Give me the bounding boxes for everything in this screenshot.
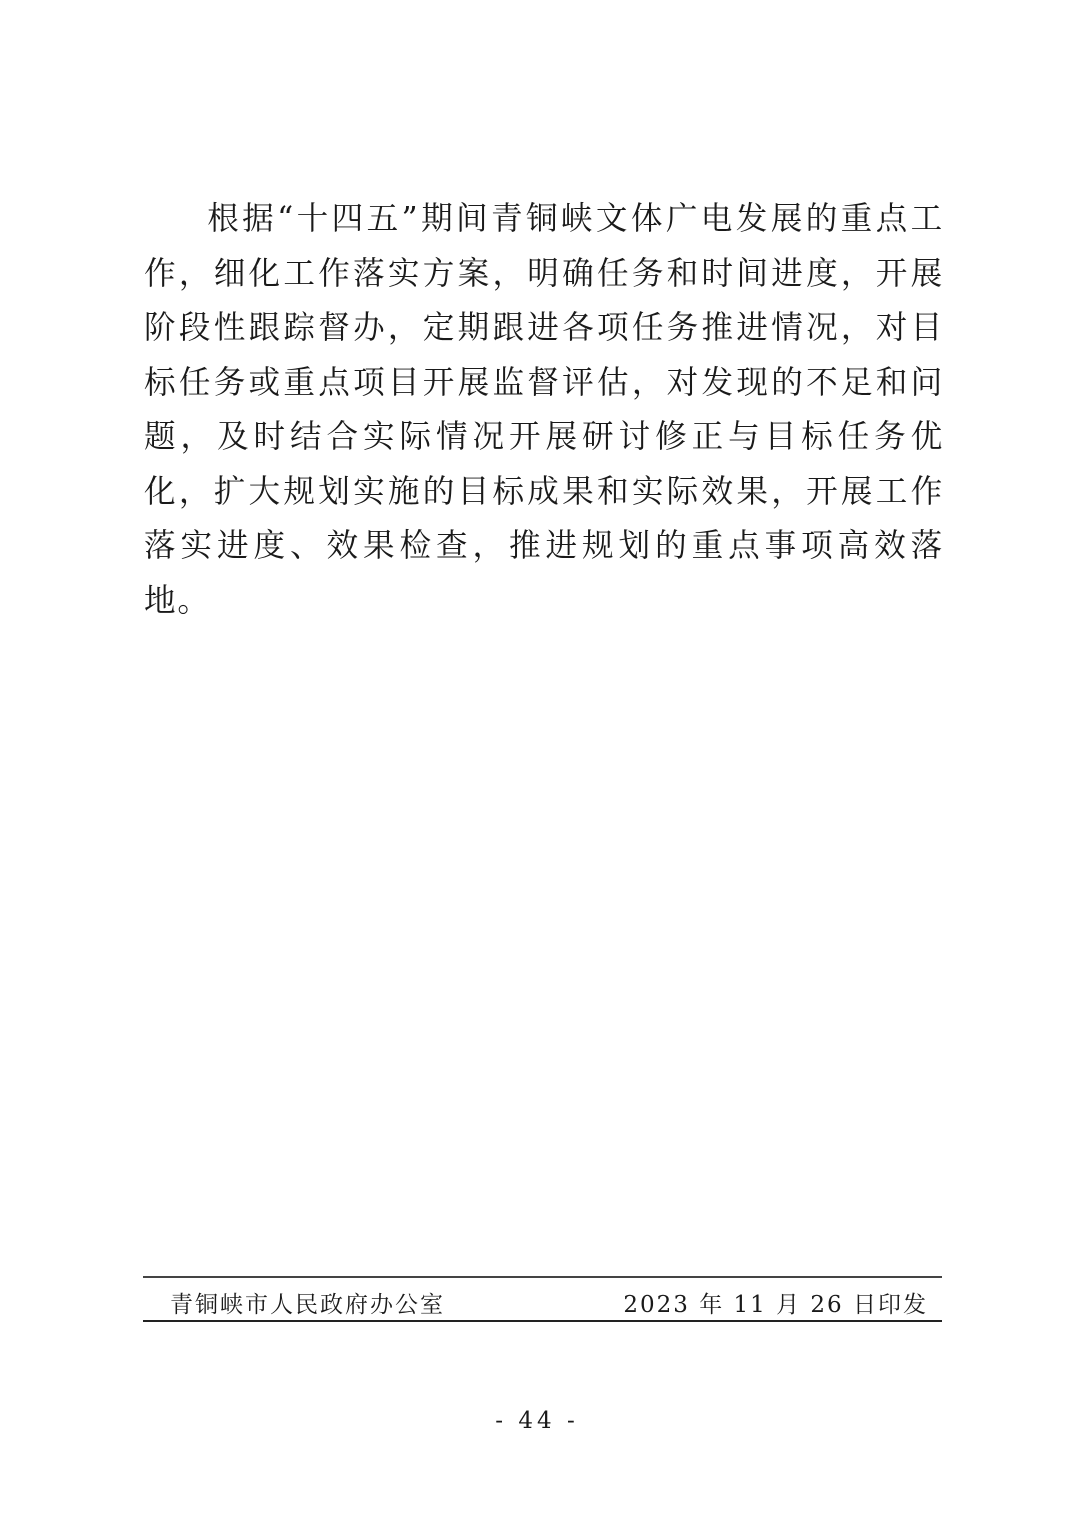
imprint-block: 青铜峡市人民政府办公室 2023 年 11 月 26 日印发 — [143, 1276, 942, 1322]
issuing-office: 青铜峡市人民政府办公室 — [170, 1286, 445, 1319]
document-page: 根据“十四五”期间青铜峡文体广电发展的重点工作，细化工作落实方案，明确任务和时间… — [0, 0, 1074, 1520]
issue-date: 2023 年 11 月 26 日印发 — [623, 1286, 928, 1319]
page-number: - 44 - — [0, 1408, 1074, 1434]
body-paragraph: 根据“十四五”期间青铜峡文体广电发展的重点工作，细化工作落实方案，明确任务和时间… — [144, 192, 944, 628]
